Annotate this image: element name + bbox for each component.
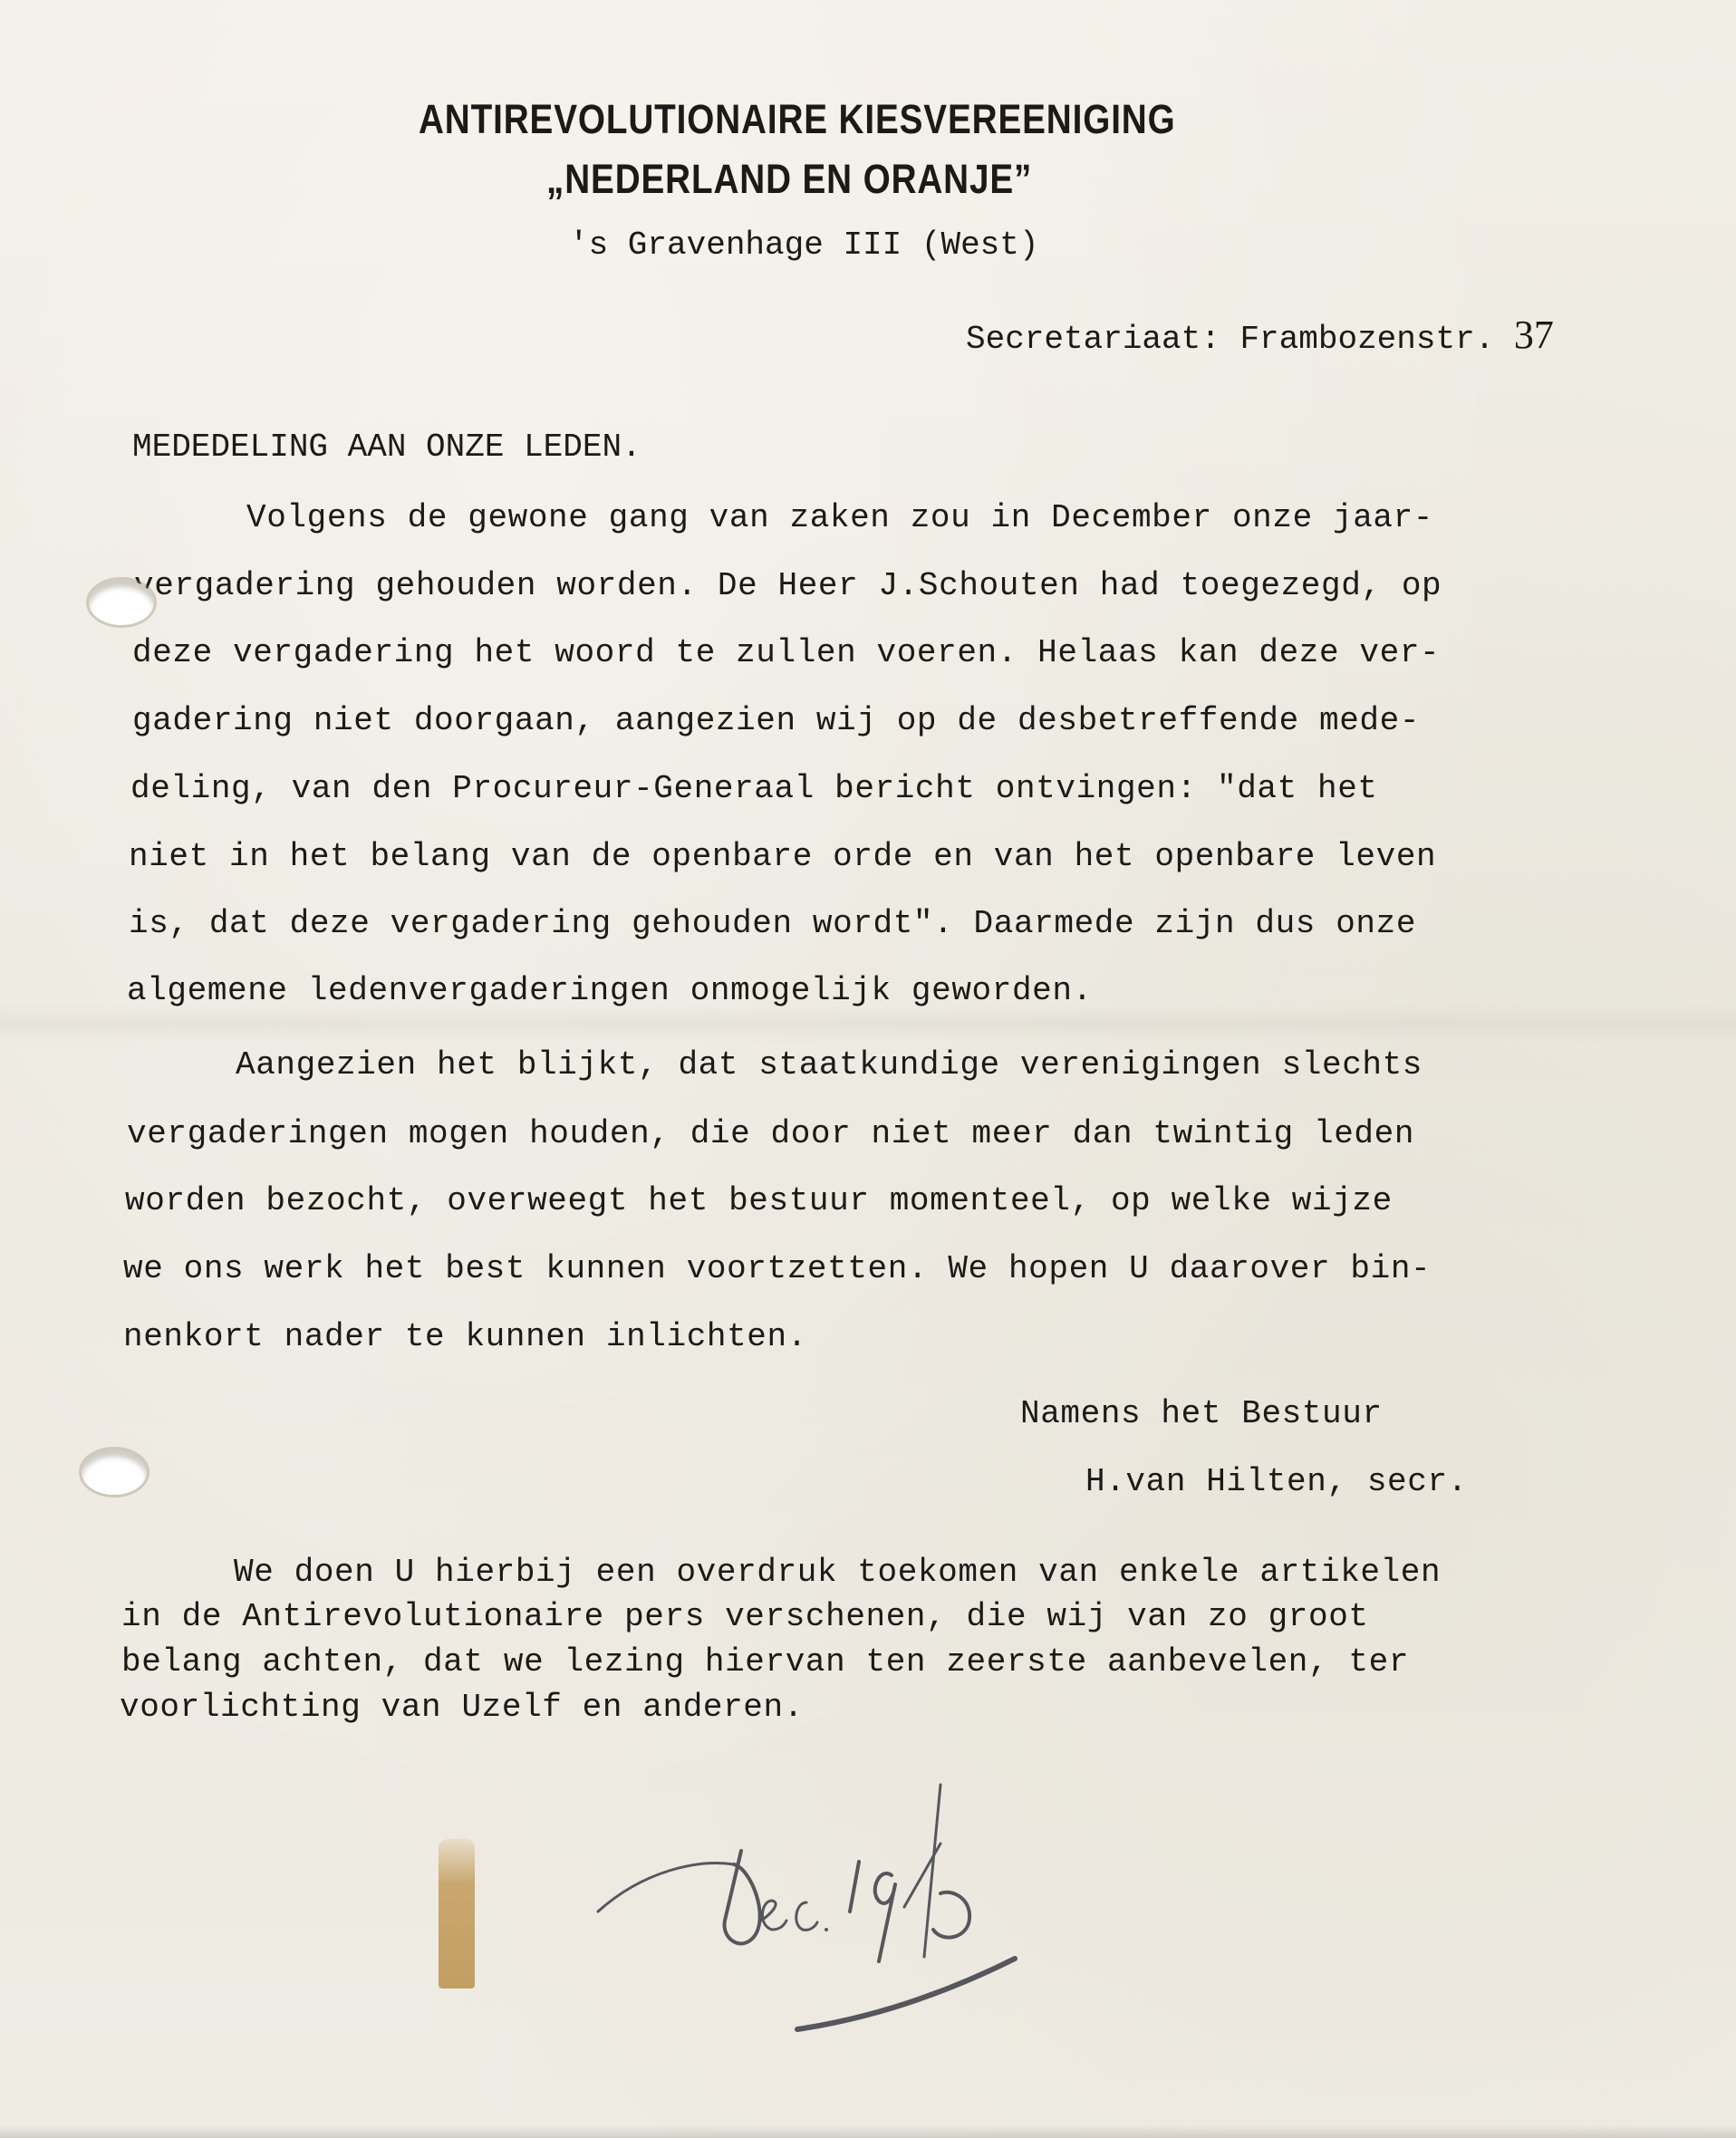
secretariat-number: 37 <box>1514 313 1554 357</box>
paper-bottom-edge <box>0 2125 1736 2138</box>
signature-on-behalf: Namens het Bestuur <box>1020 1395 1383 1432</box>
paragraph-line: we ons werk het best kunnen voortzetten.… <box>123 1250 1431 1287</box>
paragraph-line: vergadering gehouden worden. De Heer J.S… <box>134 567 1442 604</box>
paragraph-line: nenkort nader te kunnen inlichten. <box>123 1318 807 1355</box>
paragraph-line: Aangezien het blijkt, dat staatkundige v… <box>236 1046 1423 1083</box>
organization-title: ANTIREVOLUTIONAIRE KIESVEREENIGING <box>419 96 1120 143</box>
paragraph-line: worden bezocht, overweegt het bestuur mo… <box>125 1182 1393 1219</box>
district-line: 's Gravenhage III (West) <box>569 226 1203 264</box>
paragraph-line: Volgens de gewone gang van zaken zou in … <box>246 499 1433 536</box>
handwritten-date: Dec. 1940 <box>507 1758 1214 2066</box>
punch-hole <box>82 1449 147 1495</box>
tape-stain <box>439 1839 475 1989</box>
paragraph-line: is, dat deze vergadering gehouden wordt"… <box>129 905 1416 942</box>
organization-name: „NEDERLAND EN ORANJE” <box>546 156 1092 203</box>
paragraph-line: algemene ledenvergaderingen onmogelijk g… <box>127 972 1093 1009</box>
secretariat-address: Secretariaat: Frambozenstr. 37 <box>966 312 1554 358</box>
pencil-date-icon <box>507 1758 1214 2066</box>
paragraph-line: deling, van den Procureur-Generaal beric… <box>130 770 1378 807</box>
paragraph-line: gadering niet doorgaan, aangezien wij op… <box>132 702 1420 739</box>
postscript-line: in de Antirevolutionaire pers verschenen… <box>121 1598 1369 1635</box>
punch-hole <box>89 580 154 625</box>
postscript-line: voorlichting van Uzelf en anderen. <box>120 1689 804 1726</box>
postscript-line: We doen U hierbij een overdruk toekomen … <box>234 1554 1441 1591</box>
paragraph-line: vergaderingen mogen houden, die door nie… <box>127 1115 1414 1152</box>
paragraph-line: niet in het belang van de openbare orde … <box>129 838 1436 875</box>
postscript-line: belang achten, dat we lezing hiervan ten… <box>121 1643 1409 1681</box>
paragraph-line: deze vergadering het woord te zullen voe… <box>132 634 1440 671</box>
signature-name: H.van Hilten, secr. <box>1085 1463 1468 1500</box>
paper-fold-crease <box>0 1006 1736 1042</box>
secretariat-label: Secretariaat: Frambozenstr. <box>966 321 1494 358</box>
letter-heading: MEDEDELING AAN ONZE LEDEN. <box>132 429 641 466</box>
